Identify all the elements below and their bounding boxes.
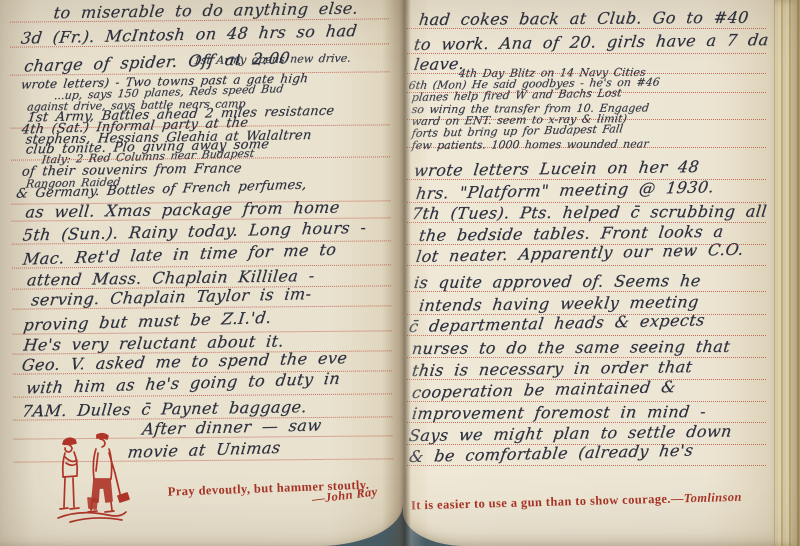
right-page: had cokes back at Club. Go to #40 to wor… bbox=[403, 0, 774, 546]
rule-line bbox=[407, 357, 766, 358]
rule-line bbox=[407, 28, 766, 29]
interlinear-note: few patients. 1000 homes wounded near bbox=[411, 138, 649, 151]
rule-line bbox=[407, 401, 766, 402]
handwritten-line: leave. bbox=[413, 56, 465, 73]
handwritten-line: nurses to do the same seeing that bbox=[411, 339, 731, 357]
handwritten-line: c̄ departmental heads & expects bbox=[408, 312, 706, 335]
handwritten-line: had cokes back at Club. Go to #40 bbox=[418, 10, 750, 28]
rule-line bbox=[407, 465, 766, 466]
handwritten-line: proving but must be Z.I.'d. bbox=[23, 310, 273, 334]
rule-line bbox=[407, 422, 766, 423]
handwritten-line: cooperation be maintained & bbox=[411, 379, 677, 401]
handwritten-line: to work. Ana of 20. girls have a 7 da bbox=[413, 32, 770, 53]
rule-line bbox=[407, 73, 766, 74]
rule-line bbox=[407, 222, 766, 223]
handwritten-line: improvement foremost in mind - bbox=[411, 404, 707, 422]
two-men-hammer-illustration bbox=[40, 428, 140, 528]
rule-line bbox=[407, 335, 766, 336]
rule-line bbox=[407, 291, 766, 292]
handwritten-line: serving. Chaplain Taylor is im- bbox=[30, 286, 312, 308]
rule-line bbox=[407, 444, 766, 445]
rule-line bbox=[407, 379, 766, 380]
handwritten-line: & be comfortable (already he's bbox=[408, 443, 694, 465]
rule-line bbox=[407, 265, 766, 266]
interlinear-note: 1st Army opens new drive. bbox=[193, 53, 351, 66]
left-page: to miserable to do anything else. 3d (Fr… bbox=[0, 0, 403, 546]
handwritten-line: wrote letters Lucein on her 48 bbox=[413, 159, 700, 179]
handwritten-line: lot neater. Apparently our new C.O. bbox=[415, 242, 745, 265]
handwritten-line: 7th (Tues). Pts. helped c̄ scrubbing all bbox=[411, 204, 768, 222]
interlinear-note: planes help fired W and Bachs Lost bbox=[411, 87, 622, 103]
page-edge-stack bbox=[770, 0, 800, 546]
handwritten-line: movie at Unimas bbox=[127, 440, 282, 461]
rule-line bbox=[407, 314, 766, 315]
handwritten-line: 3d (Fr.). McIntosh on 48 hrs so had bbox=[20, 23, 358, 47]
rule-line bbox=[407, 53, 766, 54]
handwritten-line: After dinner — saw bbox=[141, 417, 322, 437]
rule-line bbox=[407, 202, 766, 203]
handwritten-line: this is necessary in order that bbox=[411, 359, 693, 379]
diary-book-photo: to miserable to do anything else. 3d (Fr… bbox=[0, 0, 800, 546]
handwritten-line: hrs. "Platform" meeting @ 1930. bbox=[415, 179, 715, 202]
right-page-content: had cokes back at Club. Go to #40 to wor… bbox=[403, 0, 774, 546]
handwritten-line: is quite approved of. Seems he bbox=[413, 273, 702, 291]
rule-line bbox=[407, 179, 766, 180]
interlinear-note: forts but bring up for Budapest Fall bbox=[411, 123, 624, 139]
rule-line bbox=[407, 244, 766, 245]
handwritten-line: with him as he's going to duty in bbox=[25, 371, 341, 397]
handwritten-line: Mac. Ret'd late in time for me to bbox=[22, 242, 337, 268]
quote-attribution: —Tomlinson bbox=[671, 490, 742, 506]
